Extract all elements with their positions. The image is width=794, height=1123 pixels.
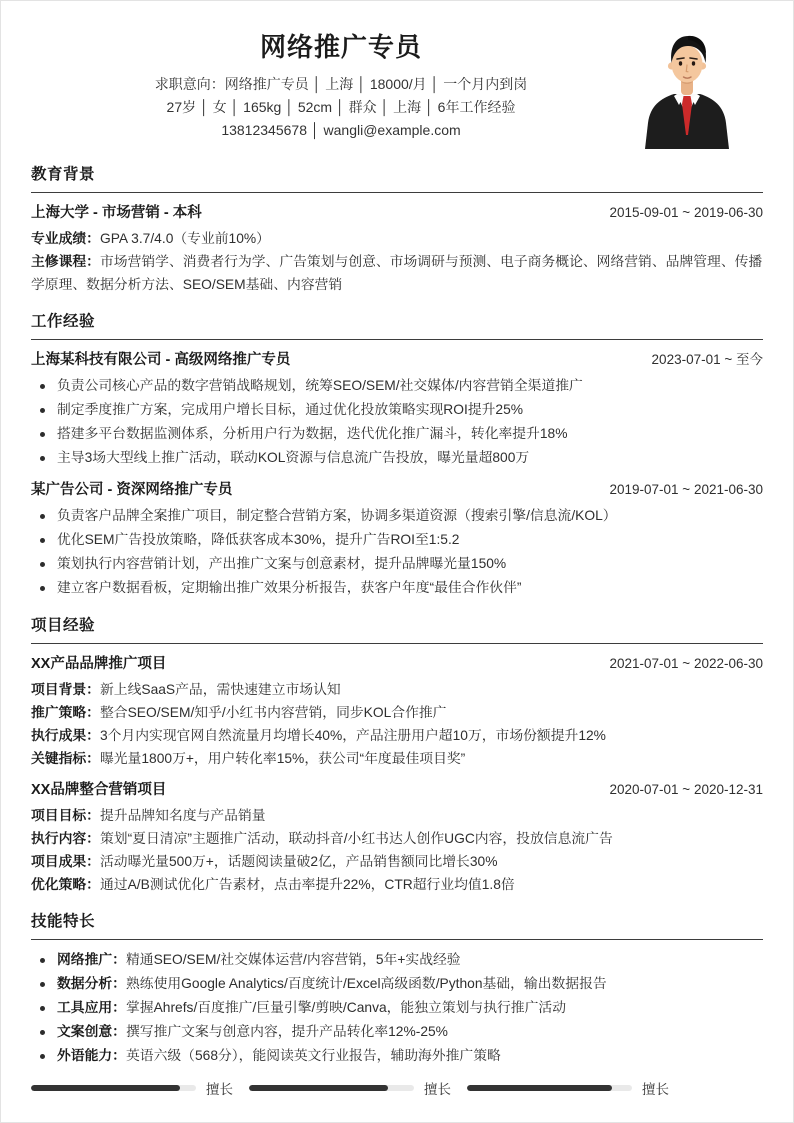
school-degree-line: 上海大学 - 市场营销 - 本科 [31,203,202,223]
kv-text: 整合SEO/SEM/知乎/小红书内容营销，同步KOL合作推广 [100,705,446,720]
education-entry-header: 上海大学 - 市场营销 - 本科 2015-09-01 ~ 2019-06-30 [31,203,763,223]
bullet-text: 建立客户数据看板，定期输出推广效果分析报告，获客户年度“最佳合作伙伴” [57,580,521,595]
skill-bar-fill [31,1085,180,1091]
education-row: 专业成绩：GPA 3.7/4.0（专业前10%） [31,227,763,250]
job-entry: 上海某科技有限公司 - 高级网络推广专员 2023-07-01 ~ 至今 负责公… [31,350,763,470]
section-work-experience: 工作经验 上海某科技有限公司 - 高级网络推广专员 2023-07-01 ~ 至… [31,312,763,600]
skill-text: 撰写推广文案与创意内容，提升产品转化率12%-25% [126,1024,448,1039]
bullet-dot [40,1030,45,1035]
job-date-range: 2019-07-01 ~ 2021-06-30 [610,480,764,500]
kv-text: 3个月内实现官网自然流量月均增长40%，产品注册用户超10万，市场份额提升12% [100,728,606,743]
resume-page: 网络推广专员 求职意向：网络推广专员 │ 上海 │ 18000/月 │ 一个月内… [0,0,794,1123]
skill-bar-fill [249,1085,388,1091]
kv-label: 优化策略： [31,877,100,892]
skill-bar-label: 擅长 [206,1078,233,1098]
kv-text: GPA 3.7/4.0（专业前10%） [100,231,270,246]
header-text-block: 网络推广专员 求职意向：网络推广专员 │ 上海 │ 18000/月 │ 一个月内… [31,31,651,142]
kv-label: 专业成绩： [31,231,100,246]
skill-bar-group: 擅长 [249,1078,451,1098]
skill-bar-label: 擅长 [424,1078,451,1098]
education-date-range: 2015-09-01 ~ 2019-06-30 [610,203,764,223]
bullet-text: 制定季度推广方案，完成用户增长目标，通过优化投放策略实现ROI提升25% [57,402,523,417]
contact-line: 13812345678 │ wangli@example.com [31,119,651,142]
job-entry-header: 上海某科技有限公司 - 高级网络推广专员 2023-07-01 ~ 至今 [31,350,763,370]
kv-text: 活动曝光量500万+，话题阅读量破2亿，产品销售额同比增长30% [100,854,498,869]
bullet-dot [40,514,45,519]
skill-bar-fill [467,1085,612,1091]
job-date-range: 2023-07-01 ~ 至今 [652,350,763,370]
kv-label: 关键指标： [31,751,100,766]
section-title-education: 教育背景 [31,165,763,193]
bullet-dot [40,538,45,543]
kv-label: 执行成果： [31,728,100,743]
kv-text: 通过A/B测试优化广告素材，点击率提升22%，CTR超行业均值1.8倍 [100,877,515,892]
job-title: 某广告公司 - 资深网络推广专员 [31,480,232,500]
skill-bullet: 外语能力：英语六级（568分），能阅读英文行业报告，辅助海外推广策略 [31,1044,763,1068]
skill-label: 数据分析： [57,976,126,991]
project-row: 推广策略：整合SEO/SEM/知乎/小红书内容营销，同步KOL合作推广 [31,701,763,724]
job-bullet: 建立客户数据看板，定期输出推广效果分析报告，获客户年度“最佳合作伙伴” [31,576,763,600]
project-row: 执行内容：策划“夏日清凉”主题推广活动，联动抖音/小红书达人创作UGC内容，投放… [31,827,763,850]
section-title-skills: 技能特长 [31,912,763,940]
skill-bullet: 网络推广：精通SEO/SEM/社交媒体运营/内容营销，5年+实战经验 [31,948,763,972]
skill-text: 掌握Ahrefs/百度推广/巨量引擎/剪映/Canva，能独立策划与执行推广活动 [126,1000,566,1015]
bullet-dot [40,384,45,389]
bullet-text: 策划执行内容营销计划，产出推广文案与创意素材，提升品牌曝光量150% [57,556,506,571]
kv-text: 曝光量1800万+，用户转化率15%，获公司“年度最佳项目奖” [100,751,465,766]
bullet-text: 优化SEM广告投放策略，降低获客成本30%，提升广告ROI至1:5.2 [57,532,459,547]
avatar-illustration [641,33,733,149]
job-bullet: 策划执行内容营销计划，产出推广文案与创意素材，提升品牌曝光量150% [31,552,763,576]
job-bullet: 优化SEM广告投放策略，降低获客成本30%，提升广告ROI至1:5.2 [31,528,763,552]
skill-text: 英语六级（568分），能阅读英文行业报告，辅助海外推广策略 [126,1048,501,1063]
bullet-dot [40,586,45,591]
job-entry: 某广告公司 - 资深网络推广专员 2019-07-01 ~ 2021-06-30… [31,480,763,600]
project-date-range: 2021-07-01 ~ 2022-06-30 [610,654,764,674]
project-date-range: 2020-07-01 ~ 2020-12-31 [610,780,764,800]
project-title: XX品牌整合营销项目 [31,780,166,800]
bullet-dot [40,456,45,461]
job-bullet: 负责客户品牌全案推广项目，制定整合营销方案，协调多渠道资源（搜索引擎/信息流/K… [31,504,763,528]
project-row: 项目背景：新上线SaaS产品，需快速建立市场认知 [31,678,763,701]
section-education: 教育背景 上海大学 - 市场营销 - 本科 2015-09-01 ~ 2019-… [31,165,763,296]
bullet-dot [40,408,45,413]
bullet-dot [40,432,45,437]
kv-text: 新上线SaaS产品，需快速建立市场认知 [100,682,341,697]
project-row: 执行成果：3个月内实现官网自然流量月均增长40%，产品注册用户超10万，市场份额… [31,724,763,747]
project-row: 项目目标：提升品牌知名度与产品销量 [31,804,763,827]
bullet-dot [40,562,45,567]
kv-text: 提升品牌知名度与产品销量 [100,808,266,823]
bullet-dot [40,1006,45,1011]
skill-bullet: 数据分析：熟练使用Google Analytics/百度统计/Excel高级函数… [31,972,763,996]
project-entry: XX品牌整合营销项目 2020-07-01 ~ 2020-12-31 项目目标：… [31,780,763,896]
job-title: 上海某科技有限公司 - 高级网络推广专员 [31,350,290,370]
job-bullet: 主导3场大型线上推广活动，联动KOL资源与信息流广告投放，曝光量超800万 [31,446,763,470]
project-entry-header: XX品牌整合营销项目 2020-07-01 ~ 2020-12-31 [31,780,763,800]
skill-bar-track [249,1085,414,1091]
project-entry-header: XX产品品牌推广项目 2021-07-01 ~ 2022-06-30 [31,654,763,674]
project-row: 关键指标：曝光量1800万+，用户转化率15%，获公司“年度最佳项目奖” [31,747,763,770]
skill-bar-group: 擅长 [31,1078,233,1098]
job-intent-line: 求职意向：网络推广专员 │ 上海 │ 18000/月 │ 一个月内到岗 [31,73,651,96]
bullet-dot [40,982,45,987]
personal-info-line: 27岁 │ 女 │ 165kg │ 52cm │ 群众 │ 上海 │ 6年工作经… [31,96,651,119]
skill-bullet: 工具应用：掌握Ahrefs/百度推广/巨量引擎/剪映/Canva，能独立策划与执… [31,996,763,1020]
bullet-text: 负责公司核心产品的数字营销战略规划，统筹SEO/SEM/社交媒体/内容营销全渠道… [57,378,583,393]
job-bullet: 负责公司核心产品的数字营销战略规划，统筹SEO/SEM/社交媒体/内容营销全渠道… [31,374,763,398]
skill-text: 熟练使用Google Analytics/百度统计/Excel高级函数/Pyth… [126,976,607,991]
page-title: 网络推广专员 [31,31,651,63]
bullet-dot [40,1054,45,1059]
kv-label: 项目成果： [31,854,100,869]
bullet-text: 负责客户品牌全案推广项目，制定整合营销方案，协调多渠道资源（搜索引擎/信息流/K… [57,508,617,523]
resume-header: 网络推广专员 求职意向：网络推广专员 │ 上海 │ 18000/月 │ 一个月内… [31,31,763,149]
profile-photo [641,33,733,149]
job-entry-header: 某广告公司 - 资深网络推广专员 2019-07-01 ~ 2021-06-30 [31,480,763,500]
skill-proficiency-bars: 擅长 擅长 擅长 [31,1078,763,1098]
kv-label: 主修课程： [31,254,100,269]
skill-bar-track [31,1085,196,1091]
skill-bar-group: 擅长 [467,1078,669,1098]
kv-label: 项目目标： [31,808,100,823]
bullet-dot [40,958,45,963]
kv-label: 推广策略： [31,705,100,720]
project-row: 项目成果：活动曝光量500万+，话题阅读量破2亿，产品销售额同比增长30% [31,850,763,873]
skill-bullet: 文案创意：撰写推广文案与创意内容，提升产品转化率12%-25% [31,1020,763,1044]
kv-text: 市场营销学、消费者行为学、广告策划与创意、市场调研与预测、电子商务概论、网络营销… [31,254,762,292]
education-row: 主修课程：市场营销学、消费者行为学、广告策划与创意、市场调研与预测、电子商务概论… [31,250,763,296]
skill-label: 外语能力： [57,1048,126,1063]
skill-label: 工具应用： [57,1000,126,1015]
bullet-text: 主导3场大型线上推广活动，联动KOL资源与信息流广告投放，曝光量超800万 [57,450,529,465]
project-title: XX产品品牌推广项目 [31,654,166,674]
project-row: 优化策略：通过A/B测试优化广告素材，点击率提升22%，CTR超行业均值1.8倍 [31,873,763,896]
project-entry: XX产品品牌推广项目 2021-07-01 ~ 2022-06-30 项目背景：… [31,654,763,770]
kv-text: 策划“夏日清凉”主题推广活动，联动抖音/小红书达人创作UGC内容，投放信息流广告 [100,831,613,846]
skill-bar-label: 擅长 [642,1078,669,1098]
section-title-projects: 项目经验 [31,616,763,644]
skill-label: 文案创意： [57,1024,126,1039]
skill-bar-track [467,1085,632,1091]
job-bullet: 制定季度推广方案，完成用户增长目标，通过优化投放策略实现ROI提升25% [31,398,763,422]
skill-text: 精通SEO/SEM/社交媒体运营/内容营销，5年+实战经验 [126,952,461,967]
section-projects: 项目经验 XX产品品牌推广项目 2021-07-01 ~ 2022-06-30 … [31,616,763,896]
kv-label: 执行内容： [31,831,100,846]
job-bullet: 搭建多平台数据监测体系，分析用户行为数据，迭代优化推广漏斗，转化率提升18% [31,422,763,446]
bullet-text: 搭建多平台数据监测体系，分析用户行为数据，迭代优化推广漏斗，转化率提升18% [57,426,568,441]
kv-label: 项目背景： [31,682,100,697]
skill-label: 网络推广： [57,952,126,967]
section-skills: 技能特长 网络推广：精通SEO/SEM/社交媒体运营/内容营销，5年+实战经验 … [31,912,763,1098]
section-title-work: 工作经验 [31,312,763,340]
